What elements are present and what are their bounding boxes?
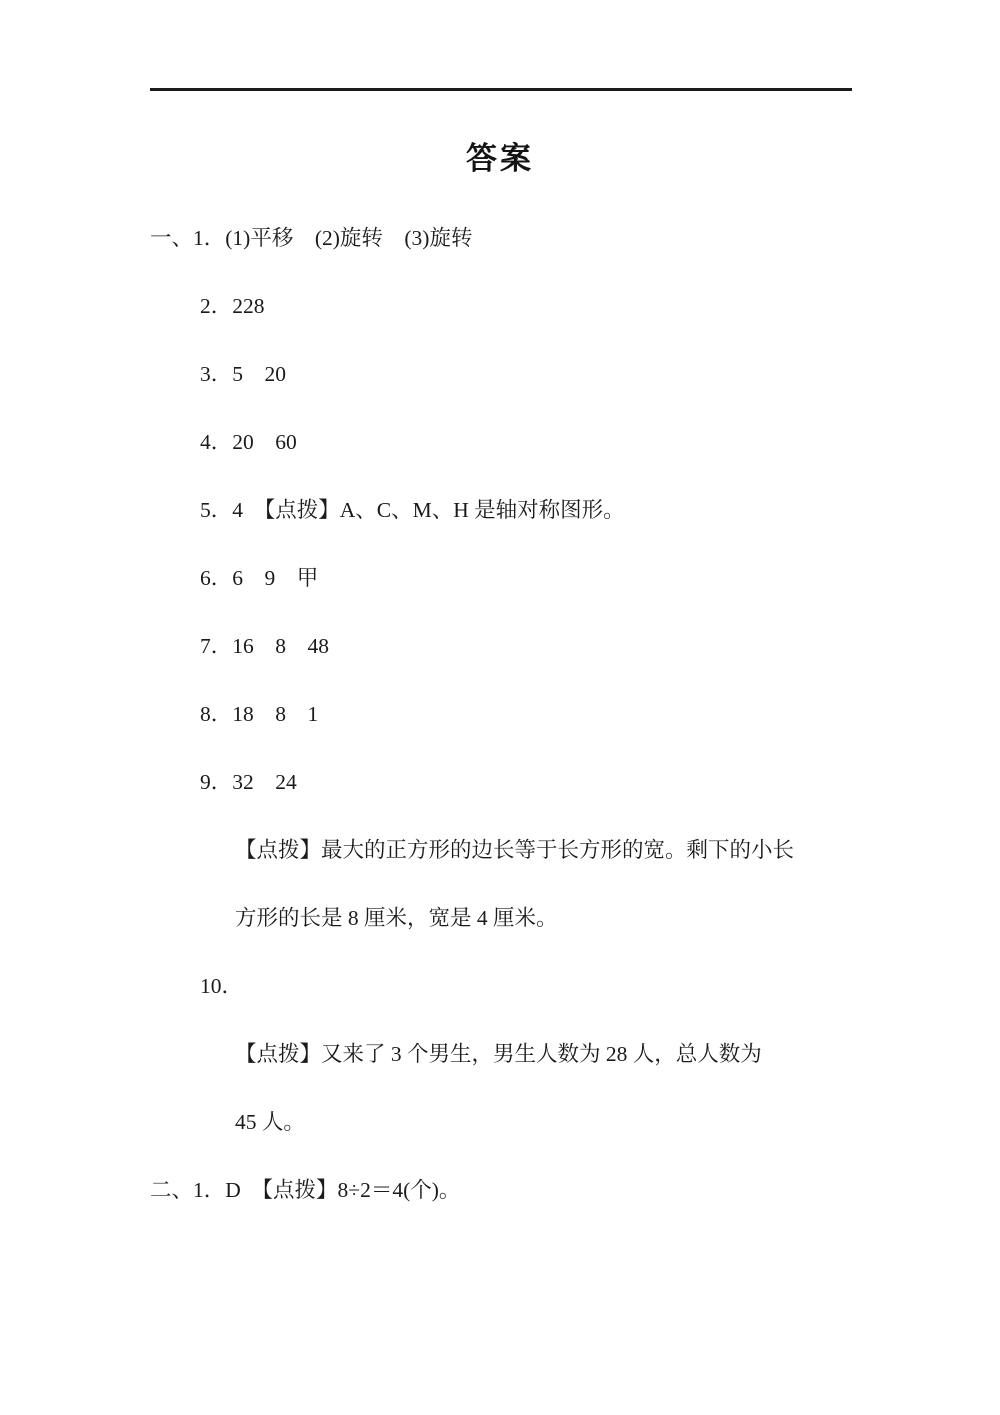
answer-line: 10． <box>150 952 854 1020</box>
answer-line: 一、1．(1)平移 (2)旋转 (3)旋转 <box>150 204 854 272</box>
answer-line: 【点拨】又来了 3 个男生，男生人数为 28 人，总人数为 <box>150 1020 854 1088</box>
answer-line: 4．20 60 <box>150 408 854 476</box>
answer-line: 8．18 8 1 <box>150 680 854 748</box>
page-title: 答案 <box>0 133 1000 178</box>
answer-line: 6．6 9 甲 <box>150 544 854 612</box>
answer-line: 45 人。 <box>150 1088 854 1156</box>
answer-line: 3．5 20 <box>150 340 854 408</box>
answer-line: 二、1．D 【点拨】8÷2＝4(个)。 <box>150 1156 854 1224</box>
answer-line: 2．228 <box>150 272 854 340</box>
header-rule <box>150 88 852 91</box>
document-page: 答案 一、1．(1)平移 (2)旋转 (3)旋转2．2283．5 204．20 … <box>0 0 1000 1415</box>
answer-list: 一、1．(1)平移 (2)旋转 (3)旋转2．2283．5 204．20 605… <box>150 204 854 1224</box>
answer-line: 7．16 8 48 <box>150 612 854 680</box>
answer-line: 9．32 24 <box>150 748 854 816</box>
answer-line: 方形的长是 8 厘米，宽是 4 厘米。 <box>150 884 854 952</box>
answer-line: 5．4 【点拨】A、C、M、H 是轴对称图形。 <box>150 476 854 544</box>
answer-line: 【点拨】最大的正方形的边长等于长方形的宽。剩下的小长 <box>150 816 854 884</box>
